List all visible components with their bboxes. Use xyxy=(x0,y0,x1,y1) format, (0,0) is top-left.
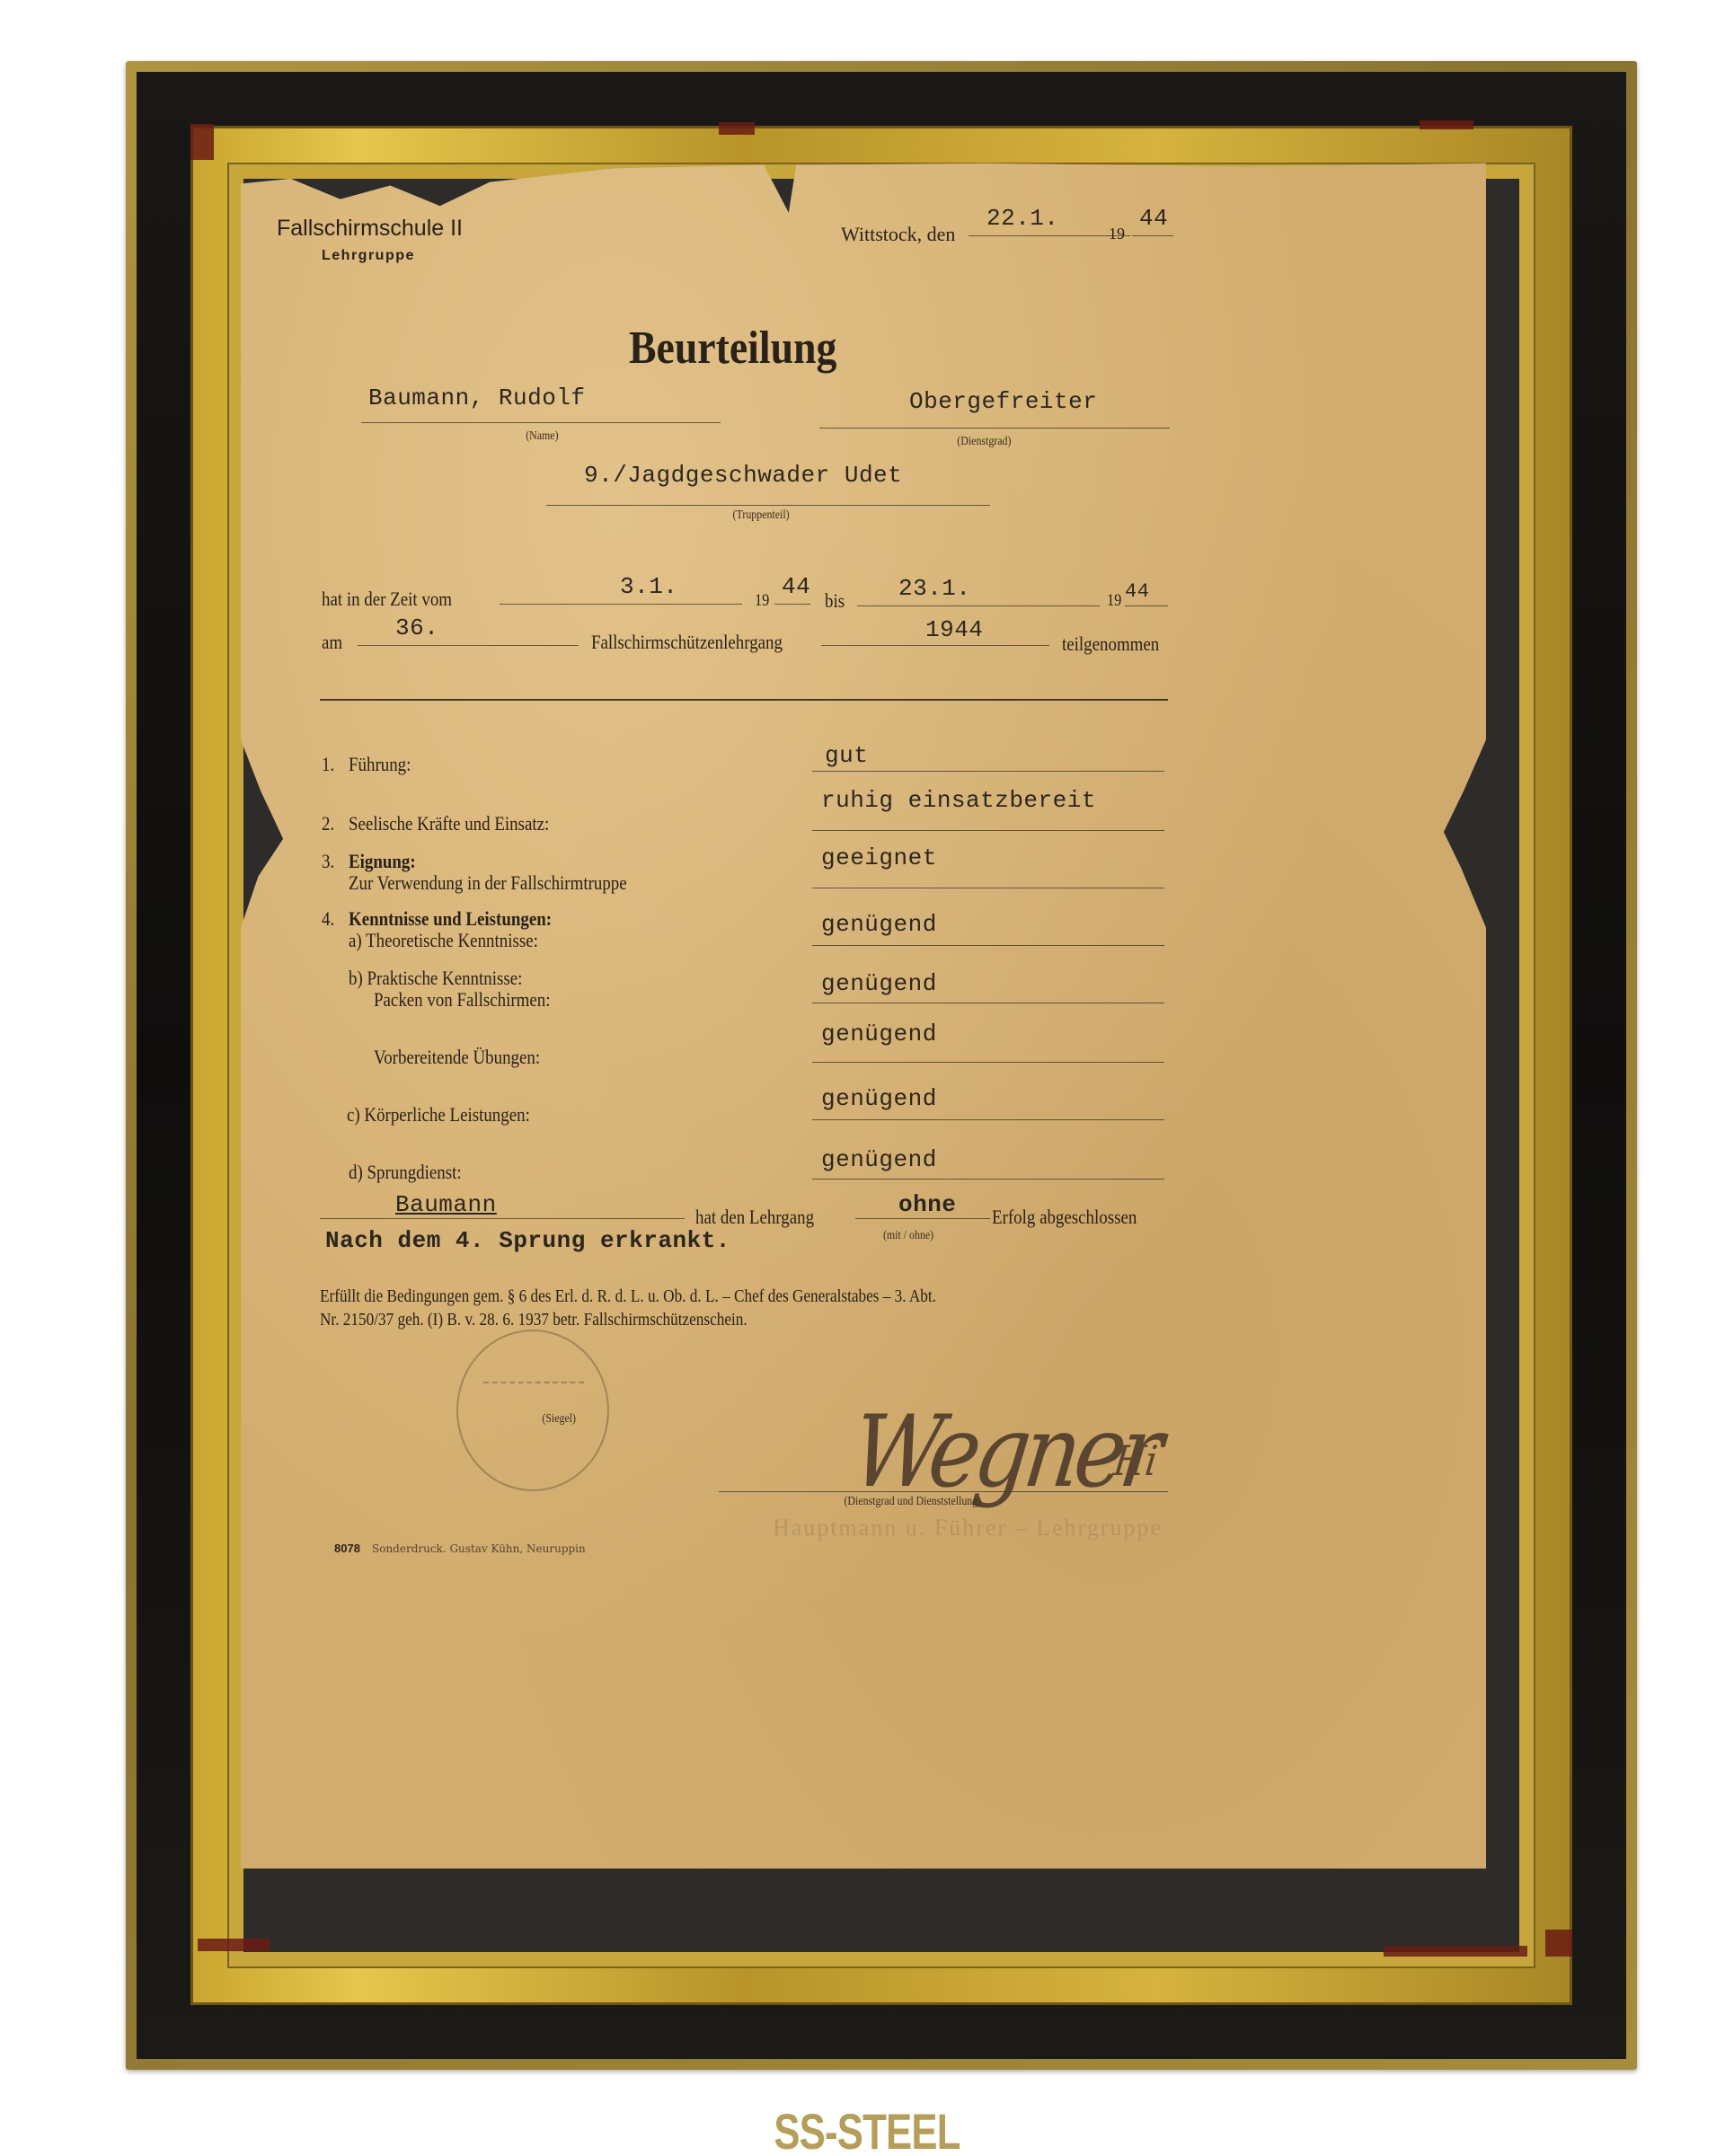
name-caption: (Name) xyxy=(526,429,558,444)
assessment-4a-value: genügend xyxy=(821,911,937,938)
date-value: 22.1. xyxy=(986,205,1059,232)
period-to-date: 23.1. xyxy=(898,575,971,602)
period-label: hat in der Zeit vom xyxy=(322,588,452,611)
document-paper xyxy=(241,158,1486,1869)
period-from-year: 44 xyxy=(782,573,810,600)
ss-steel-watermark: SS-STEEL xyxy=(190,2102,1543,2156)
printer-imprint: Sonderdruck. Gustav Kühn, Neuruppin xyxy=(372,1542,586,1555)
assessment-4c-value: genügend xyxy=(821,1085,937,1112)
assessment-4d-value: genügend xyxy=(821,1146,937,1173)
completion-middle: hat den Lehrgang xyxy=(695,1206,814,1229)
unit-caption: (Truppenteil) xyxy=(733,508,790,523)
assessment-4-label: Kenntnisse und Leistungen: xyxy=(349,907,552,931)
assessment-2-number: 2. xyxy=(322,812,334,835)
seal-eagle-icon xyxy=(483,1382,584,1391)
assessment-4b-value: genügend xyxy=(821,970,937,997)
letterhead-institution: Fallschirmschule II xyxy=(277,216,463,242)
date-year: 44 xyxy=(1139,205,1168,232)
assessment-3-sublabel: Zur Verwendung in der Fallschirmtruppe xyxy=(349,871,627,895)
document-title: Beurteilung xyxy=(629,322,836,375)
assessment-4a-label: a) Theoretische Kenntnisse: xyxy=(349,929,538,952)
assessment-2-label: Seelische Kräfte und Einsatz: xyxy=(349,812,549,835)
course-name: Fallschirmschützenlehrgang xyxy=(591,631,783,654)
rank-caption: (Dienstgrad) xyxy=(957,435,1011,449)
period-from-century: 19 xyxy=(755,591,769,611)
assessment-3-label: Eignung: xyxy=(349,850,416,873)
period-to-year: 44 xyxy=(1125,580,1149,603)
legal-text-line2: Nr. 2150/37 geh. (I) B. v. 28. 6. 1937 b… xyxy=(320,1310,748,1330)
completion-remark: Nach dem 4. Sprung erkrankt. xyxy=(325,1227,730,1254)
completion-name: Baumann xyxy=(395,1191,497,1218)
person-rank: Obergefreiter xyxy=(909,388,1097,415)
signature-caption: (Dienstgrad und Dienststellung) xyxy=(844,1495,981,1509)
assessment-1-value: gut xyxy=(825,742,868,769)
assessment-4b2-label: Vorbereitende Übungen: xyxy=(374,1046,540,1069)
completion-result-caption: (mit / ohne) xyxy=(883,1229,933,1243)
period-to-century: 19 xyxy=(1107,591,1121,611)
period-to-label: bis xyxy=(825,589,845,613)
official-seal-stamp xyxy=(456,1330,609,1491)
assessment-4-number: 4. xyxy=(322,907,334,931)
course-number: 36. xyxy=(395,614,438,641)
course-prefix: am xyxy=(322,631,342,654)
assessment-4c-label: c) Körperliche Leistungen: xyxy=(347,1103,530,1127)
assessment-4b-label: b) Praktische Kenntnisse: xyxy=(349,967,522,990)
date-century: 19 xyxy=(1109,225,1125,243)
assessment-3-value: geeignet xyxy=(821,844,937,871)
place-label: Wittstock, den xyxy=(841,223,955,246)
completion-suffix: Erfolg abgeschlossen xyxy=(992,1206,1137,1229)
seal-caption: (Siegel) xyxy=(542,1412,576,1427)
handwritten-initials: Hi xyxy=(1111,1438,1160,1486)
course-year: 1944 xyxy=(925,616,983,643)
faded-rank-stamp: Hauptmann u. Führer – Lehrgruppe xyxy=(773,1515,1163,1542)
letterhead-department: Lehrgruppe xyxy=(322,248,415,264)
assessment-4b2-value: genügend xyxy=(821,1021,937,1047)
assessment-1-number: 1. xyxy=(322,753,334,776)
assessment-2-value: ruhig einsatzbereit xyxy=(821,787,1096,814)
assessment-4d-label: d) Sprungdienst: xyxy=(349,1161,462,1184)
form-number: 8078 xyxy=(334,1542,360,1555)
assessment-3-number: 3. xyxy=(322,850,334,873)
assessment-4b-sublabel: Packen von Fallschirmen: xyxy=(374,988,551,1012)
course-suffix: teilgenommen xyxy=(1062,632,1159,656)
completion-result: ohne xyxy=(898,1191,956,1218)
legal-text-line1: Erfüllt die Bedingungen gem. § 6 des Erl… xyxy=(320,1286,936,1307)
person-unit: 9./Jagdgeschwader Udet xyxy=(584,462,902,489)
assessment-1-label: Führung: xyxy=(349,753,411,776)
period-from-date: 3.1. xyxy=(620,573,677,600)
person-name: Baumann, Rudolf xyxy=(368,384,586,411)
